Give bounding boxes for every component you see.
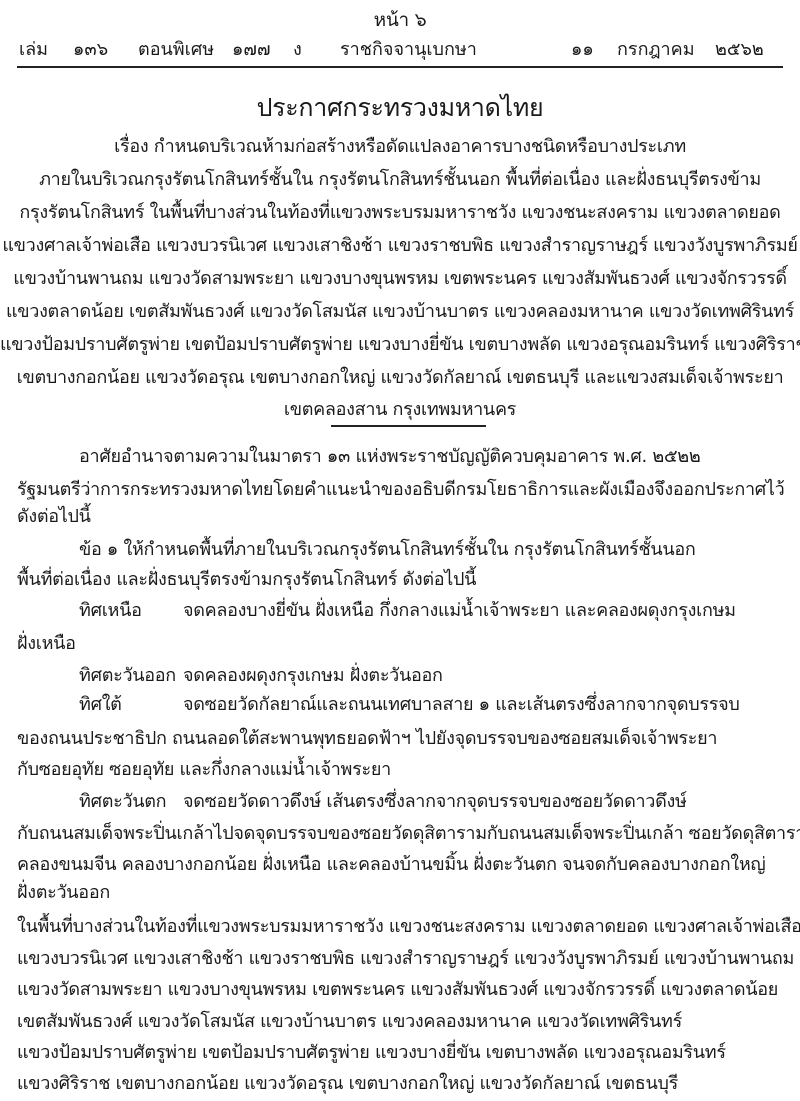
south-boundary: กับซอยอุทัย ซอยอุทัย และกึ่งกลางแม่น้ำเจ… xyxy=(17,758,391,782)
north-label: ทิศเหนือ xyxy=(79,599,142,623)
header-divider xyxy=(17,66,783,68)
south-boundary: ของถนนประชาธิปก ถนนลอดใต้สะพานพุทธยอดฟ้า… xyxy=(17,727,717,751)
west-boundary: ฝั่งตะวันออก xyxy=(17,881,110,905)
volume-number: ๑๓๖ xyxy=(73,34,108,63)
subject-line: เรื่อง กำหนดบริเวณห้ามก่อสร้างหรือดัดแปล… xyxy=(0,135,800,159)
volume-label: เล่ม xyxy=(19,34,48,63)
title-divider xyxy=(331,425,486,427)
east-boundary: จดคลองผดุงกรุงเกษม ฝั่งตะวันออก xyxy=(183,664,443,688)
north-boundary: ฝั่งเหนือ xyxy=(17,632,76,656)
preamble-line: อาศัยอำนาจตามความในมาตรา ๑๓ แห่งพระราชบั… xyxy=(79,445,700,469)
subject-line: กรุงรัตนโกสินทร์ ในพื้นที่บางส่วนในท้องท… xyxy=(0,201,800,225)
document-title: ประกาศกระทรวงมหาดไทย xyxy=(0,92,800,124)
section-number: ๑๗๗ xyxy=(232,34,271,63)
west-boundary: คลองขนมจีน คลองบางกอกน้อย ฝั่งเหนือ และค… xyxy=(17,853,765,877)
area-line: แขวงวัดสามพระยา แขวงบางขุนพรหม เขตพระนคร… xyxy=(17,978,778,1002)
subject-line: เขตคลองสาน กรุงเทพมหานคร xyxy=(0,398,800,422)
area-line: ในพื้นที่บางส่วนในท้องที่แขวงพระบรมมหารา… xyxy=(17,915,800,939)
clause-1-line: ข้อ ๑ ให้กำหนดพื้นที่ภายในบริเวณกรุงรัตน… xyxy=(79,538,696,562)
date-month: กรกฎาคม xyxy=(617,34,695,63)
gazette-header: เล่ม ๑๓๖ ตอนพิเศษ ๑๗๗ ง ราชกิจจานุเบกษา … xyxy=(17,34,783,60)
date-day: ๑๑ xyxy=(571,34,594,63)
west-boundary: จดซอยวัดดาวดึงษ์ เส้นตรงซึ่งลากจากจุดบรร… xyxy=(183,790,687,814)
area-line: แขวงบวรนิเวศ แขวงเสาชิงช้า แขวงราชบพิธ แ… xyxy=(17,947,794,971)
section-letter: ง xyxy=(293,34,302,63)
date-year: ๒๕๖๒ xyxy=(715,34,764,63)
page-number: หน้า ๖ xyxy=(0,8,800,32)
clause-1-line: พื้นที่ต่อเนื่อง และฝั่งธนบุรีตรงข้ามกรุ… xyxy=(17,568,476,592)
subject-line: แขวงตลาดน้อย เขตสัมพันธวงศ์ แขวงวัดโสมนั… xyxy=(0,300,800,324)
subject-line: เขตบางกอกน้อย แขวงวัดอรุณ เขตบางกอกใหญ่ … xyxy=(0,366,800,390)
preamble-line: ดังต่อไปนี้ xyxy=(17,505,91,529)
south-boundary: จดซอยวัดกัลยาณ์และถนนเทศบาลสาย ๑ และเส้น… xyxy=(183,693,739,717)
publication-name: ราชกิจจานุเบกษา xyxy=(340,34,477,63)
subject-line: แขวงศาลเจ้าพ่อเสือ แขวงบวรนิเวศ แขวงเสาช… xyxy=(0,234,800,258)
north-boundary: จดคลองบางยี่ขัน ฝั่งเหนือ กึ่งกลางแม่น้ำ… xyxy=(183,599,736,623)
subject-line: แขวงบ้านพานถม แขวงวัดสามพระยา แขวงบางขุน… xyxy=(0,267,800,291)
subject-line: แขวงป้อมปราบศัตรูพ่าย เขตป้อมปราบศัตรูพ่… xyxy=(0,333,800,357)
west-label: ทิศตะวันตก xyxy=(79,790,166,814)
gazette-page: หน้า ๖ เล่ม ๑๓๖ ตอนพิเศษ ๑๗๗ ง ราชกิจจาน… xyxy=(0,0,800,1101)
area-line: แขวงป้อมปราบศัตรูพ่าย เขตป้อมปราบศัตรูพ่… xyxy=(17,1041,726,1065)
east-label: ทิศตะวันออก xyxy=(79,664,176,688)
section-label: ตอนพิเศษ xyxy=(138,34,214,63)
preamble-line: รัฐมนตรีว่าการกระทรวงมหาดไทยโดยคำแนะนำขอ… xyxy=(17,478,785,502)
subject-line: ภายในบริเวณกรุงรัตนโกสินทร์ชั้นใน กรุงรั… xyxy=(0,168,800,192)
south-label: ทิศใต้ xyxy=(79,693,122,717)
west-boundary: กับถนนสมเด็จพระปิ่นเกล้าไปจดจุดบรรจบของซ… xyxy=(17,822,800,846)
area-line: เขตสัมพันธวงศ์ แขวงวัดโสมนัส แขวงบ้านบาต… xyxy=(17,1010,682,1034)
area-line: แขวงศิริราช เขตบางกอกน้อย แขวงวัดอรุณ เข… xyxy=(17,1072,678,1096)
